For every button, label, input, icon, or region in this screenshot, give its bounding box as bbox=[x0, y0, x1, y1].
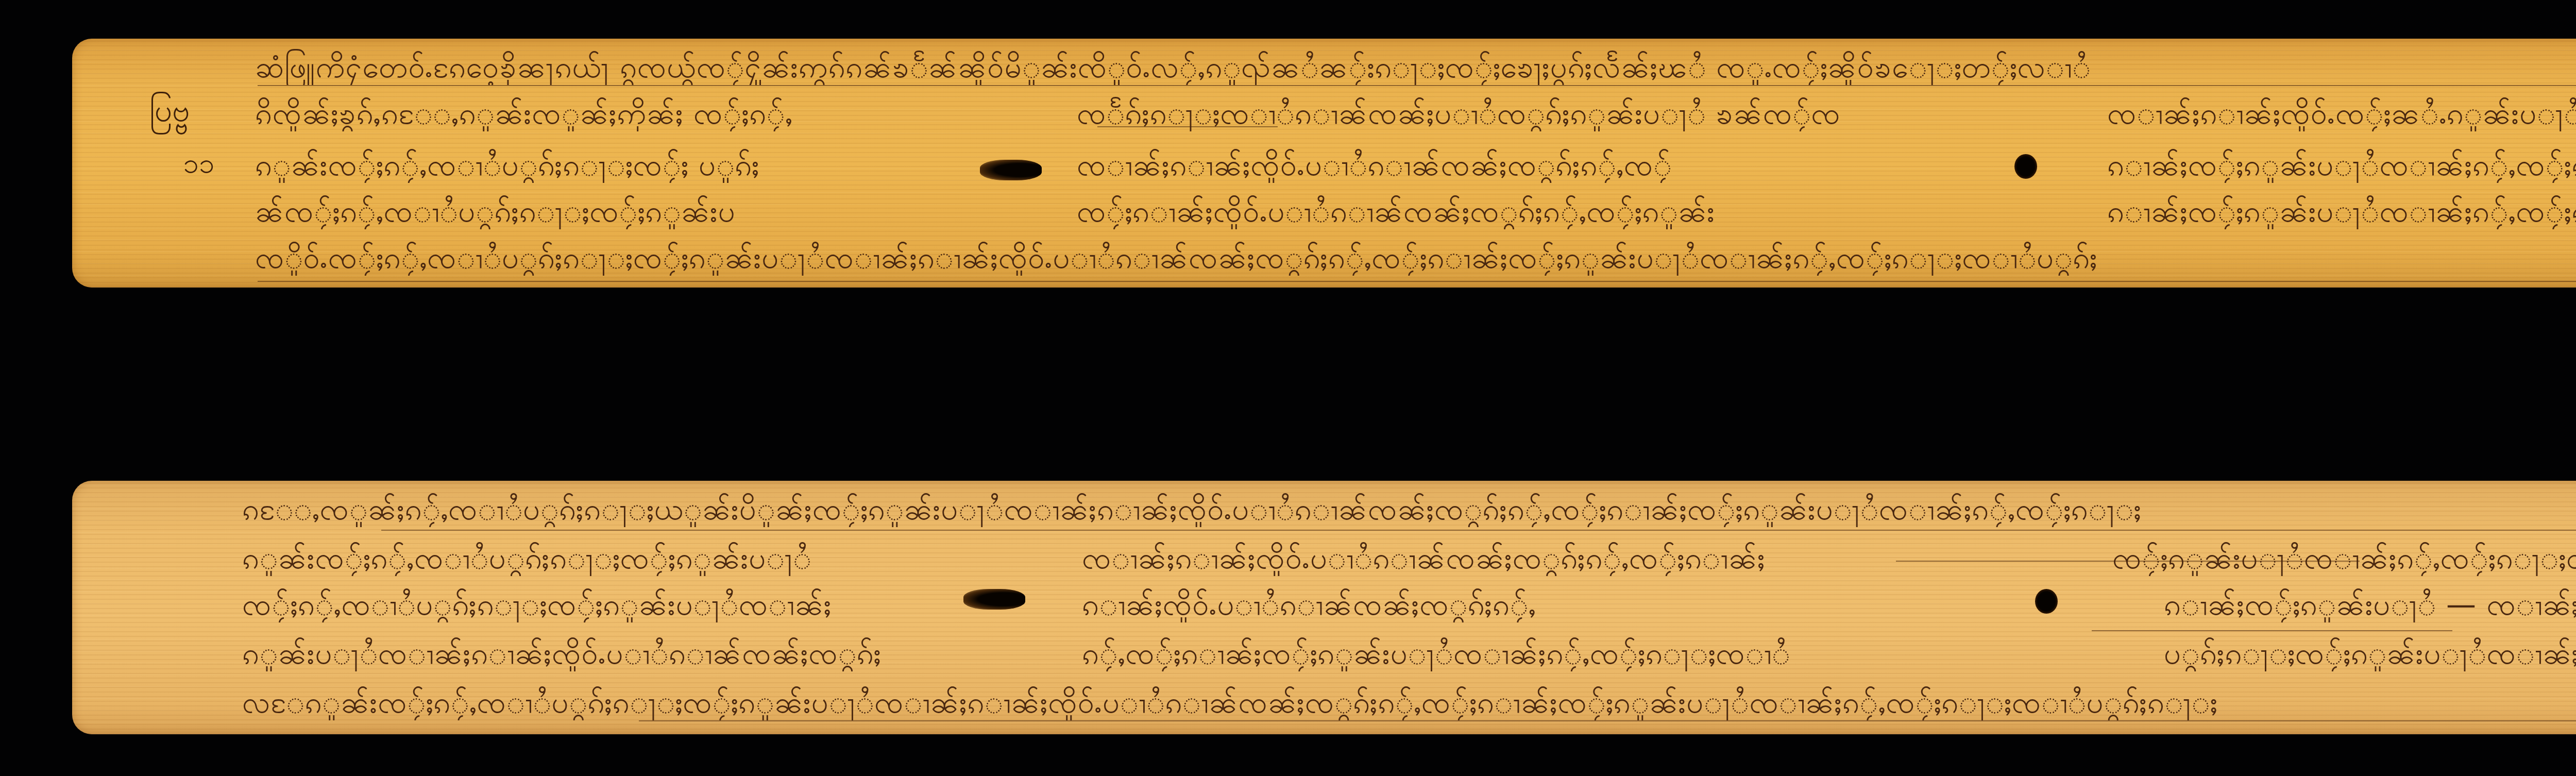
text-line-4-right: ပ‌ွ‌ၵ်ႈ‌ၵ‌ႃ‌ႈ‌ၸ‌ႂ်ႈ‌ၵ‌ူ‌ၼ်းပ‌ႃ‌ႆ‌ၸ‌ၢ‌ၼ်ႈ… bbox=[2164, 635, 2576, 671]
margin-note: ပြဗ္ဗ bbox=[149, 95, 190, 126]
ruled-line bbox=[258, 281, 2576, 282]
text-line-3-right: ၵ‌ၢ‌ၼ်ႈ‌ၸ‌ႂ်ႈ‌ၵ‌ူ‌ၼ်းပ‌ႃ‌ႆ‌ၸ‌ၢ‌ၼ်ႈ‌ၵ‌ႂ်ႇ… bbox=[2107, 147, 2576, 183]
text-line-5: ၸ‌ိူ‌ဝ်ႉ‌ၸ‌ႂ်ႈ‌ၵ‌ႂ်ႇ‌ၸ‌ၢ‌ႆ‌ပ‌ွ‌ၵ်ႈ‌ၵ‌ႃ‌ႈ… bbox=[255, 240, 2576, 276]
text-line-2-middle: ၸ‌ၢ‌ၼ်ႈ‌ၵ‌ၢ‌ၼ်ႈ‌ၸိူ‌ဝ်ႉ‌ပ‌ၢ‌ႆ‌ၵ‌ၢ‌ၼ်ၸ‌ၼ်… bbox=[1082, 540, 1984, 576]
ruled-line bbox=[1097, 126, 1278, 127]
text-line-5: လ‌ႄ‌ၵ‌ူ‌ၼ်း‌ၸ‌ႂ်ႈ‌ၵ‌ႂ်ႇ‌ၸ‌ၢ‌ႆ‌ပ‌ွ‌ၵ်ႈ‌ၵ‌… bbox=[242, 684, 2576, 720]
folio-number: ၁၁ bbox=[183, 149, 214, 177]
ruled-line bbox=[1896, 561, 2360, 562]
palm-leaf-2: ၵ‌ႄ‌ႇ‌ၸ‌ူ‌ၼ်ႈ‌ၵ‌ႂ်ႇ‌ၸ‌ၢ‌ႆ‌ပ‌ွ‌ၵ်ႈ‌ၵ‌ႃ‌ႈ‌… bbox=[72, 481, 2576, 734]
text-line-2-left: ၵိၸိူ‌ၼ်ႈ‌ၶွ‌ၵ်ႇ‌ၵ‌ႄ‌ႇ‌ၵ‌ူ‌ၼ်းၸ‌ူ‌ၼ်ႈ‌ဢိ… bbox=[255, 95, 987, 131]
text-line-2-left: ၵ‌ူ‌ၼ်း‌ၸ‌ႂ်ႈ‌ၵ‌ႂ်ႇ‌ၸ‌ၢ‌ႆ‌ပ‌ွ‌ၵ်ႈ‌ၵ‌ႃ‌ႈ‌… bbox=[242, 540, 974, 576]
ruled-line bbox=[2092, 630, 2452, 631]
binding-hole bbox=[980, 160, 1042, 180]
text-line-2-right: ၸ‌ၢ‌ၼ်ႈ‌ၵ‌ၢ‌ၼ်ႈ‌ၸိူ‌ဝ်ႉ‌ၸ‌ႂ်ႈ‌ၼ‌ႆႉ‌ၵ‌ူ‌ၼ… bbox=[2107, 95, 2576, 131]
palm-leaf-1: ပြဗ္ဗ ၁၁ ဆံဖြူကိ‌ႁံတေ‌ဝ်ႉ‌ၵႄ‌ဝေ့ၶို‌ၼႃ‌ၵ… bbox=[72, 39, 2576, 288]
text-line-1: ဆံဖြူကိ‌ႁံတေ‌ဝ်ႉ‌ၵႄ‌ဝေ့ၶို‌ၼႃ‌ၵ‌ယ်ႃ ‌ၵွ‌… bbox=[255, 49, 2576, 85]
text-line-4-middle: ၵ‌ႂ်ႇ‌ၸ‌ႂ်ႈ‌ၵ‌ၢ‌ၼ်ႈ‌ၸ‌ႂ်ႈ‌ၵ‌ူ‌ၼ်းပ‌ႃ‌ႆ‌ၸ… bbox=[1082, 635, 1984, 671]
text-line-4-right: ၵ‌ၢ‌ၼ်ႈ‌ၸ‌ႂ်ႈ‌ၵ‌ူ‌ၼ်းပ‌ႃ‌ႆ‌ၸ‌ၢ‌ၼ်ႈ‌ၵ‌ႂ်ႇ… bbox=[2107, 193, 2576, 229]
ruled-line bbox=[381, 530, 2576, 531]
text-line-4-middle: ၸ‌ႂ်ႈ‌ၵ‌ၢ‌ၼ်ႈ‌ၸိူ‌ဝ်ႉ‌ပ‌ၢ‌ႆ‌ၵ‌ၢ‌ၼ်ၸ‌ၼ်ႈ‌… bbox=[1077, 193, 1978, 229]
binding-hole bbox=[2014, 154, 2037, 179]
binding-hole bbox=[2035, 589, 2058, 614]
text-line-4-left: ၵ‌ူ‌ၼ်းပ‌ႃ‌ႆ‌ၸ‌ၢ‌ၼ်ႈ‌ၵ‌ၢ‌ၼ်ႈ‌ၸိူ‌ဝ်ႉ‌ပ‌ၢ… bbox=[242, 635, 974, 671]
text-line-3-left: ၵ‌ူ‌ၼ်းၸ‌ႂ်ႈ‌ၵ‌ႂ်ႇ‌ၸ‌ၢ‌ႆ‌ပ‌ွ‌ၵ်ႈ‌ၵ‌ႃ‌ႈ‌ၸ… bbox=[255, 147, 976, 183]
ruled-line bbox=[639, 720, 2576, 721]
text-line-3-middle: ၸ‌ၢ‌ၼ်ႈ‌ၵ‌ၢ‌ၼ်ႈ‌ၸိူ‌ဝ်ႉ‌ပ‌ၢ‌ႆ‌ၵ‌ၢ‌ၼ်ၸ‌ၼ်… bbox=[1077, 147, 1953, 183]
text-line-3-middle: ၵ‌ၢ‌ၼ်ႈ‌ၸိူ‌ဝ်ႉ‌ပ‌ၢ‌ႆ‌ၵ‌ၢ‌ၼ်ၸ‌ၼ်ႈ‌ၸ‌ွ‌ၵ်… bbox=[1082, 586, 1906, 622]
text-line-3-right: ၵ‌ၢ‌ၼ်ႈ‌ၸ‌ႂ်ႈ‌ၵ‌ူ‌ၼ်းပ‌ႃ‌ႆ‌ — ‌ၸ‌ၢ‌ၼ်ႈ‌ၵ… bbox=[2164, 586, 2576, 622]
text-line-3-left: ၸ‌ႂ်ႈ‌ၵ‌ႂ်ႇ‌ၸ‌ၢ‌ႆ‌ပ‌ွ‌ၵ်ႈ‌ၵ‌ႃ‌ႈ‌ၸ‌ႂ်ႈ‌ၵ‌… bbox=[242, 586, 974, 622]
binding-hole bbox=[963, 589, 1025, 610]
ruled-line bbox=[258, 85, 2576, 86]
text-line-4-left: ၼ်ၸ‌ႂ်ႈ‌ၵ‌ႂ်ႇ‌ၸ‌ၢ‌ႆ‌ပ‌ွ‌ၵ်ႈ‌ၵ‌ႃ‌ႈ‌ၸ‌ႂ်ႈ‌… bbox=[255, 193, 987, 229]
text-line-2-right: ၸ‌ႂ်ႈ‌ၵ‌ူ‌ၼ်းပ‌ႃ‌ႆ‌ၸ‌ၢ‌ၼ်ႈ‌ၵ‌ႂ်ႇ‌ၸ‌ႂ်ႈ‌ၵ… bbox=[2112, 540, 2576, 576]
text-line-1: ၵ‌ႄ‌ႇ‌ၸ‌ူ‌ၼ်ႈ‌ၵ‌ႂ်ႇ‌ၸ‌ၢ‌ႆ‌ပ‌ွ‌ၵ်ႈ‌ၵ‌ႃ‌ႈ‌… bbox=[242, 491, 2576, 527]
